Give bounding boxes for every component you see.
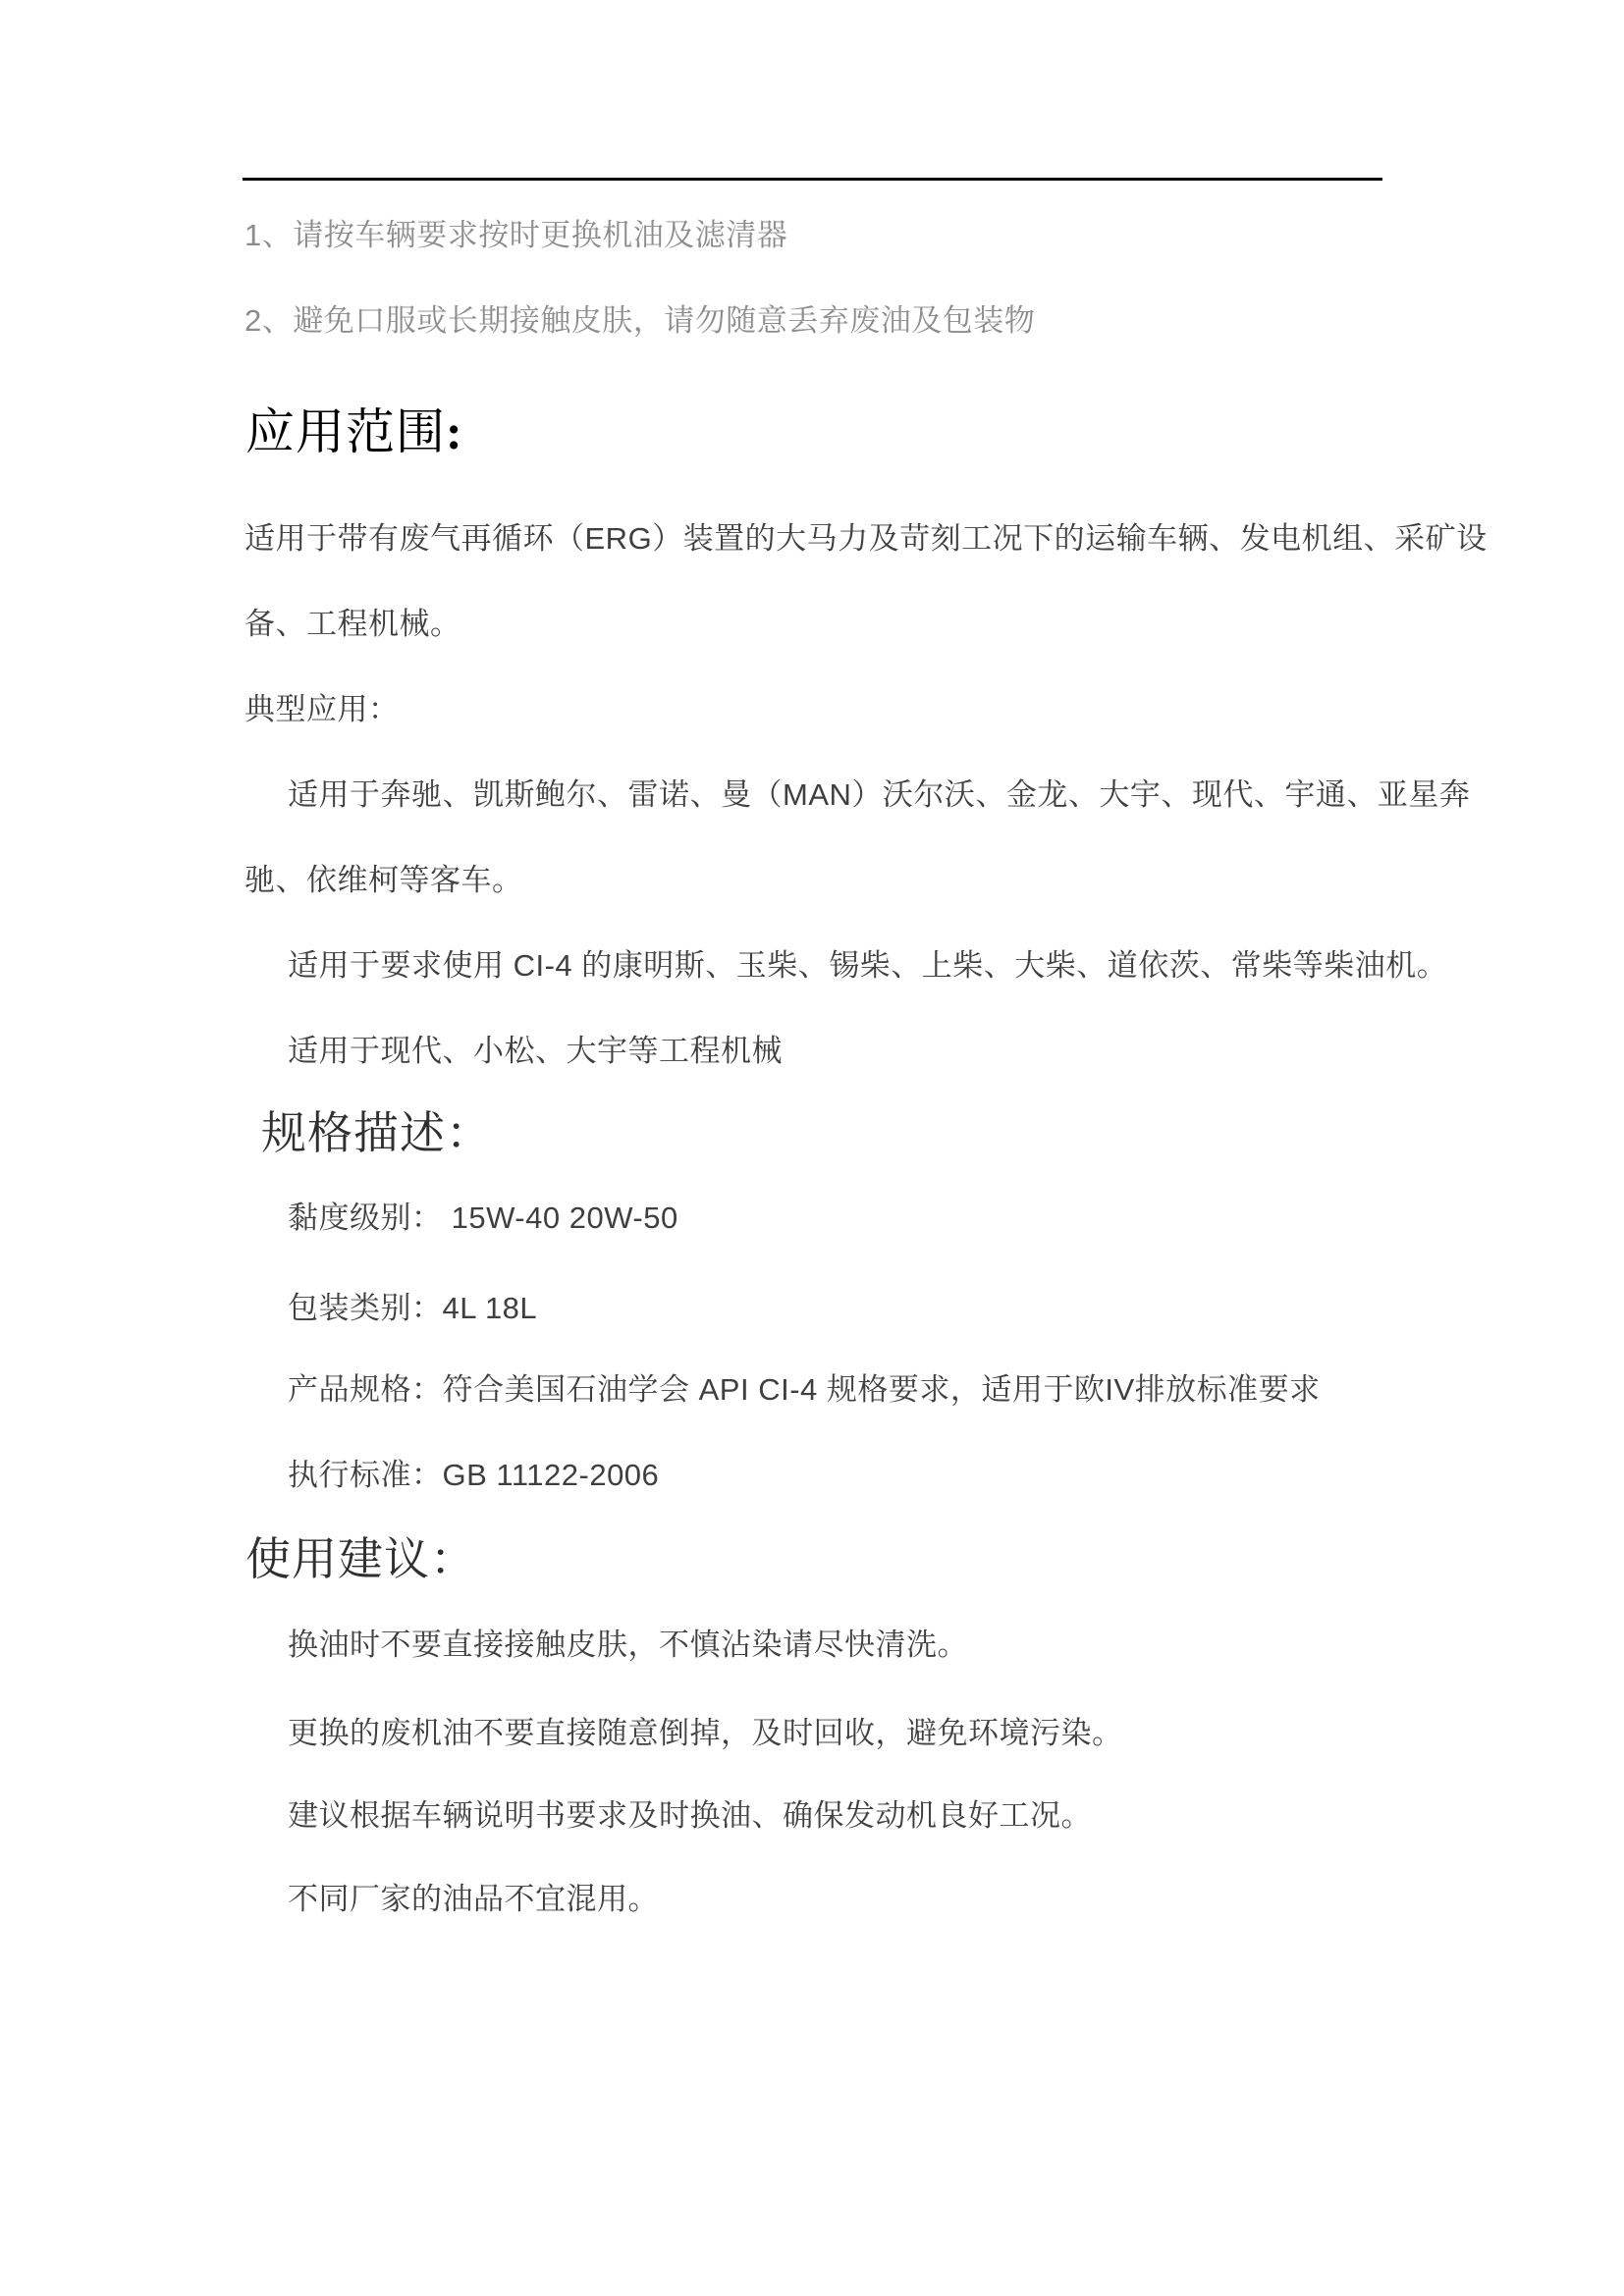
spec-viscosity-line: 黏度级别： 15W-40 20W-50: [288, 1199, 678, 1238]
application-scope-heading-colon: :: [446, 404, 463, 459]
section-heading-spec-description: 规格描述：: [261, 1105, 492, 1160]
spec-packaging-line: 包装类别：4L 18L: [288, 1289, 537, 1328]
precaution-item-2: 2、避免口服或长期接触皮肤，请勿随意丢弃废油及包装物: [244, 301, 1035, 341]
diesel-application-line: 适用于要求使用 CI-4 的康明斯、玉柴、锡柴、上柴、大柴、道依茨、常柴等柴油机…: [288, 946, 1447, 986]
application-scope-heading-text: 应用范围: [245, 404, 446, 459]
bus-application-line-2: 驰、依维柯等客车。: [244, 861, 523, 900]
machinery-application-line: 适用于现代、小松、大宇等工程机械: [288, 1032, 783, 1071]
spec-standard-line: 执行标准：GB 11122-2006: [288, 1456, 659, 1495]
spec-product-spec-line: 产品规格：符合美国石油学会 API CI-4 规格要求，适用于欧IV排放标准要求: [288, 1370, 1321, 1410]
section-heading-application-scope: 应用范围:: [245, 404, 463, 459]
usage-tip-1: 换油时不要直接接触皮肤，不慎沾染请尽快清洗。: [288, 1626, 968, 1665]
bus-application-line-1: 适用于奔驰、凯斯鲍尔、雷诺、曼（MAN）沃尔沃、金龙、大宇、现代、宇通、亚星奔: [288, 775, 1470, 815]
application-intro-line-1: 适用于带有废气再循环（ERG）装置的大马力及苛刻工况下的运输车辆、发电机组、采矿…: [244, 519, 1488, 559]
typical-application-label: 典型应用：: [244, 690, 400, 729]
application-intro-line-2: 备、工程机械。: [244, 605, 461, 644]
section-heading-usage-advice: 使用建议：: [245, 1531, 476, 1586]
usage-tip-2: 更换的废机油不要直接随意倒掉，及时回收，避免环境污染。: [288, 1714, 1123, 1753]
horizontal-rule: [243, 178, 1382, 181]
precaution-item-1: 1、请按车辆要求按时更换机油及滤清器: [244, 216, 787, 255]
usage-tip-4: 不同厂家的油品不宜混用。: [288, 1880, 659, 1919]
usage-tip-3: 建议根据车辆说明书要求及时换油、确保发动机良好工况。: [288, 1796, 1092, 1836]
document-page: 1、请按车辆要求按时更换机油及滤清器 2、避免口服或长期接触皮肤，请勿随意丢弃废…: [0, 0, 1624, 2296]
